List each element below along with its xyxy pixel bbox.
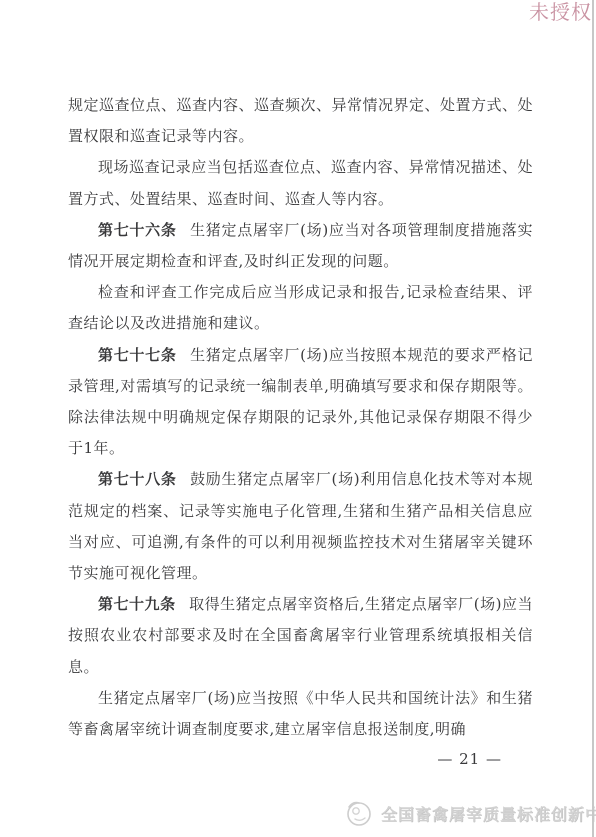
pig-emblem-logo-icon bbox=[343, 797, 375, 829]
body-paragraph: 第七十六条生猪定点屠宰厂(场)应当对各项管理制度措施落实情况开展定期检查和评查,… bbox=[68, 215, 533, 277]
body-paragraph: 规定巡查位点、巡查内容、巡查频次、异常情况界定、处置方式、处置权限和巡查记录等内… bbox=[68, 90, 533, 152]
paragraph-text: 规定巡查位点、巡查内容、巡查频次、异常情况界定、处置方式、处置权限和巡查记录等内… bbox=[68, 96, 533, 145]
body-paragraph: 生猪定点屠宰厂(场)应当按照《中华人民共和国统计法》和生猪等畜禽屠宰统计调查制度… bbox=[68, 683, 533, 745]
paragraph-text: 现场巡查记录应当包括巡查位点、巡查内容、异常情况描述、处置方式、处置结果、巡查时… bbox=[68, 158, 533, 207]
document-page: 未授权 规定巡查位点、巡查内容、巡查频次、异常情况界定、处置方式、处置权限和巡查… bbox=[0, 0, 596, 837]
body-paragraph: 检查和评查工作完成后应当形成记录和报告,记录检查结果、评查结论以及改进措施和建议… bbox=[68, 277, 533, 339]
article-heading: 第七十九条 bbox=[98, 595, 176, 613]
page-edge-line bbox=[592, 0, 594, 837]
paragraph-text: 生猪定点屠宰厂(场)应当按照《中华人民共和国统计法》和生猪等畜禽屠宰统计调查制度… bbox=[68, 689, 533, 738]
article-heading: 第七十六条 bbox=[98, 221, 177, 239]
body-paragraph: 现场巡查记录应当包括巡查位点、巡查内容、异常情况描述、处置方式、处置结果、巡查时… bbox=[68, 152, 533, 214]
page-number: — 21 — bbox=[437, 750, 502, 768]
body-paragraph: 第七十八条鼓励生猪定点屠宰厂(场)利用信息化技术等对本规范规定的档案、记录等实施… bbox=[68, 464, 533, 589]
unauthorized-watermark: 未授权 bbox=[529, 0, 592, 25]
article-heading: 第七十七条 bbox=[98, 346, 177, 364]
footer-watermark: 全国畜禽屠宰质量标准创新中心 bbox=[343, 797, 596, 829]
document-body: 规定巡查位点、巡查内容、巡查频次、异常情况界定、处置方式、处置权限和巡查记录等内… bbox=[68, 90, 533, 745]
body-paragraph: 第七十七条生猪定点屠宰厂(场)应当按照本规范的要求严格记录管理,对需填写的记录统… bbox=[68, 340, 533, 465]
article-heading: 第七十八条 bbox=[98, 470, 177, 488]
footer-org-name: 全国畜禽屠宰质量标准创新中心 bbox=[381, 802, 596, 825]
body-paragraph: 第七十九条取得生猪定点屠宰资格后,生猪定点屠宰厂(场)应当按照农业农村部要求及时… bbox=[68, 589, 533, 683]
paragraph-text: 检查和评查工作完成后应当形成记录和报告,记录检查结果、评查结论以及改进措施和建议… bbox=[68, 283, 533, 332]
